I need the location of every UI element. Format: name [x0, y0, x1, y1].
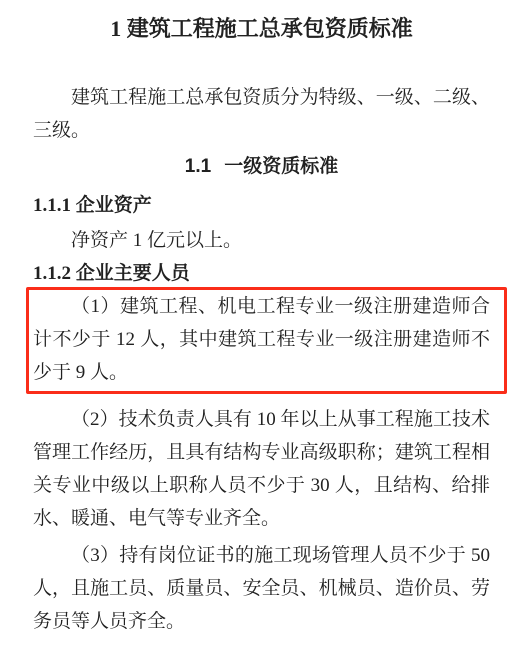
section-heading: 1.1一级资质标准: [33, 154, 490, 180]
highlight-annotation-box: （1）建筑工程、机电工程专业一级注册建造师合计不少于 12 人，其中建筑工程专业…: [26, 287, 507, 394]
net-assets-paragraph: 净资产 1 亿元以上。: [33, 224, 490, 257]
requirement-item-3: （3）持有岗位证书的施工现场管理人员不少于 50 人，且施工员、质量员、安全员、…: [33, 539, 490, 638]
intro-paragraph: 建筑工程施工总承包资质分为特级、一级、二级、三级。: [33, 81, 490, 147]
requirement-item-2: （2）技术负责人具有 10 年以上从事工程施工技术管理工作经历，且具有结构专业高…: [33, 403, 490, 535]
subsection-personnel-heading: 1.1.2 企业主要人员: [33, 261, 490, 287]
page-title: 1 建筑工程施工总承包资质标准: [33, 16, 490, 42]
section-number: 1.1: [185, 156, 211, 177]
section-title: 一级资质标准: [224, 156, 338, 177]
document-page: 1 建筑工程施工总承包资质标准 建筑工程施工总承包资质分为特级、一级、二级、三级…: [0, 0, 525, 646]
requirement-item-1: （1）建筑工程、机电工程专业一级注册建造师合计不少于 12 人，其中建筑工程专业…: [33, 290, 490, 389]
subsection-assets-heading: 1.1.1 企业资产: [33, 193, 490, 219]
